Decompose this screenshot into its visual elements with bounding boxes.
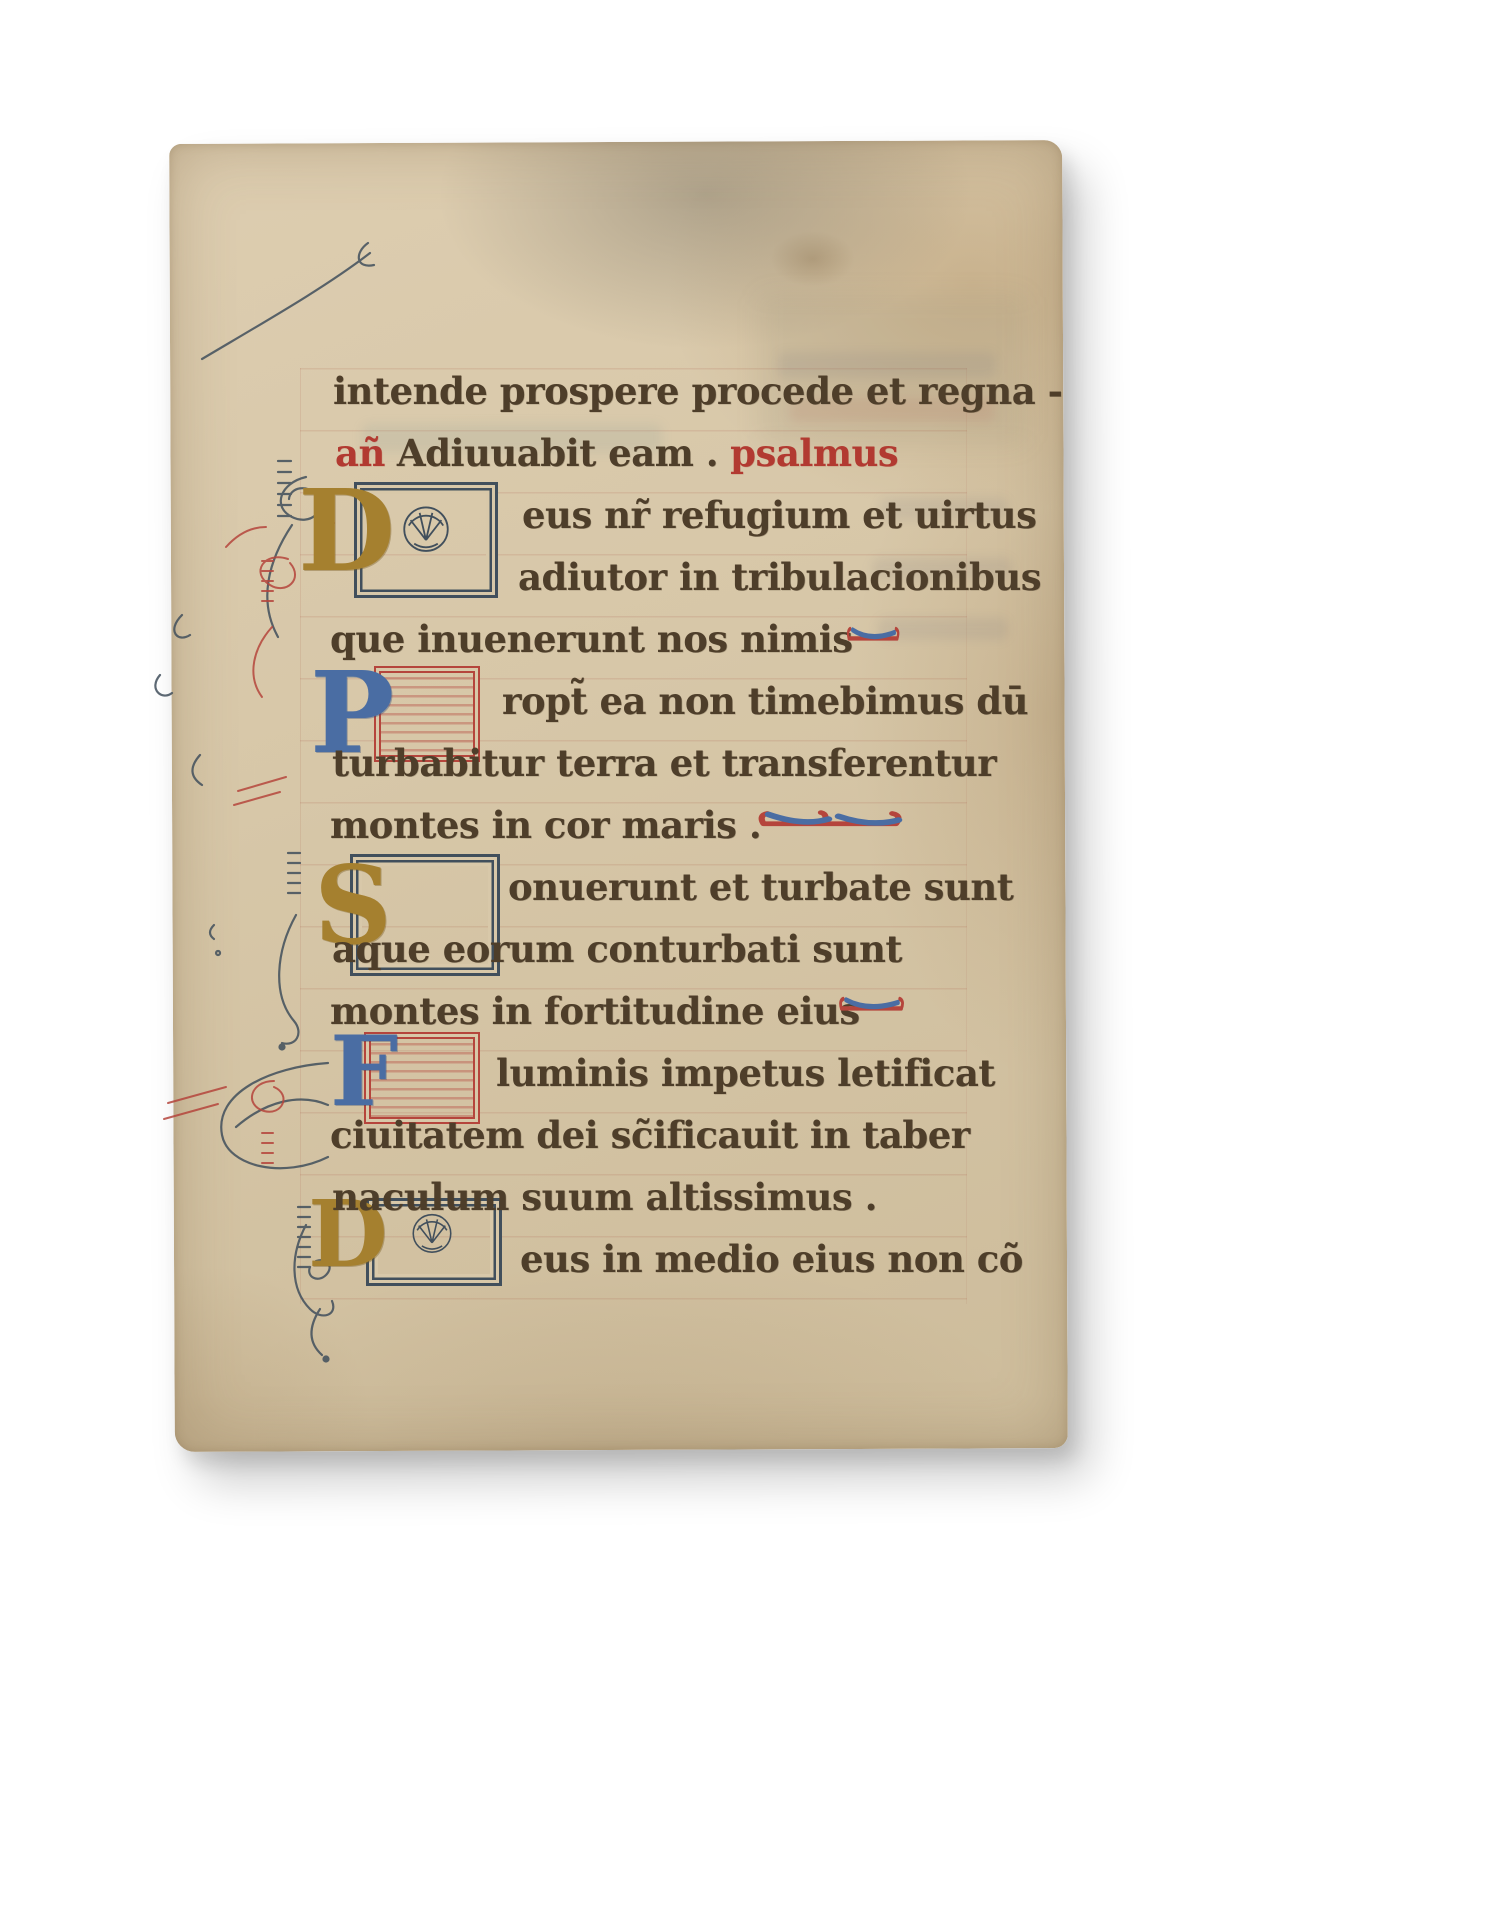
text-line-9: onuerunt et turbate sunt (508, 864, 1013, 910)
text-line-6: ropt̃ ea non timebimus dū (502, 678, 1028, 724)
cadel-squiggle (192, 755, 202, 785)
cadel-stroke (279, 915, 298, 1044)
red-flourish (253, 627, 272, 697)
text-segment: montes in cor maris . (330, 803, 761, 847)
text-segment: naculum suum altissimus . (332, 1175, 877, 1219)
text-segment: Adiuuabit eam . (397, 431, 718, 475)
text-segment: intende prospere procede et regna - (333, 369, 1062, 413)
text-segment: ropt̃ ea non timebimus dū (502, 679, 1028, 723)
text-segment: aque eorum conturbati sunt (332, 927, 902, 971)
text-segment: onuerunt et turbate sunt (508, 865, 1013, 909)
line-filler-icon (756, 806, 906, 834)
cadel-dot (324, 1357, 329, 1362)
cadel-dot (280, 1045, 285, 1050)
text-line-11: montes in fortitudine eius (330, 988, 860, 1034)
text-line-3: eus nr̃ refugium et uirtus (522, 492, 1036, 538)
illuminated-initial-D: D (302, 480, 500, 602)
initial-letter: F (330, 1024, 398, 1120)
text-line-15: eus in medio eius non cõ (520, 1236, 1023, 1282)
cadel-squiggle (210, 925, 220, 955)
text-line-10: aque eorum conturbati sunt (332, 926, 902, 972)
text-line-13: ciuitatem dei sc̃ificauit in taber (330, 1112, 970, 1158)
text-segment: que inuenerunt nos nimis (330, 617, 853, 661)
line-filler-icon (846, 622, 901, 648)
illuminated-initial-F: F (320, 1032, 480, 1124)
text-segment: ciuitatem dei sc̃ificauit in taber (330, 1113, 970, 1157)
photo-backdrop: D P S F D intende prospere procede et re… (0, 0, 1502, 1920)
text-segment: adiutor in tribulacionibus (518, 555, 1041, 599)
rubric-psalmus: psalmus (730, 431, 898, 475)
initial-letter: D (298, 476, 395, 588)
text-segment: eus nr̃ refugium et uirtus (522, 493, 1036, 537)
text-line-12: luminis impetus letificat (496, 1050, 995, 1096)
cadel-stroke (359, 243, 374, 266)
text-line-7: turbabitur terra et transferentur (332, 740, 996, 786)
text-line-4: adiutor in tribulacionibus (518, 554, 1041, 600)
red-slash (234, 777, 286, 805)
cadel-loop (221, 1063, 328, 1168)
cadel-comb (288, 853, 300, 893)
red-flourish (226, 527, 266, 547)
line-filler-icon (838, 992, 906, 1018)
antiphon-abbrev: añ (335, 431, 385, 475)
red-comb (262, 1133, 273, 1163)
text-line-1: intende prospere procede et regna - (333, 368, 1062, 414)
text-segment: eus in medio eius non cõ (520, 1237, 1023, 1281)
fan-ornament-icon (394, 502, 458, 560)
text-line-2: añAdiuuabit eam .psalmus (335, 430, 898, 476)
text-line-5: que inuenerunt nos nimis (330, 616, 853, 662)
text-segment: turbabitur terra et transferentur (332, 741, 996, 785)
text-line-8: montes in cor maris . (330, 802, 761, 848)
cadel-stroke (202, 253, 370, 359)
red-slash (164, 1087, 226, 1119)
cadel-squiggle (155, 615, 190, 696)
text-line-14: naculum suum altissimus . (332, 1174, 877, 1220)
text-segment: montes in fortitudine eius (330, 989, 860, 1033)
text-segment: luminis impetus letificat (496, 1051, 995, 1095)
